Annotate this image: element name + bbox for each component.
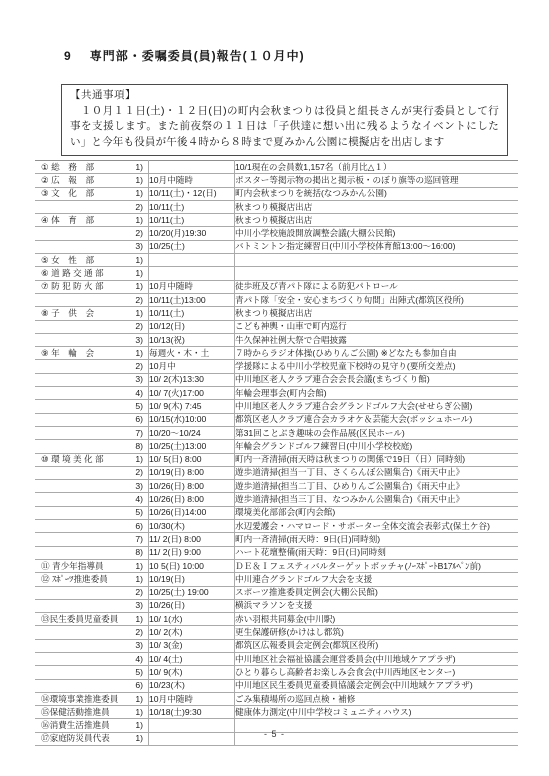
- dept-cell: 3): [35, 240, 149, 253]
- dept-label: ③ 文 化 部: [41, 188, 94, 199]
- activity-cell: 中川地区老人クラブ連合会会長会議(まちづくり館): [235, 373, 519, 386]
- dept-cell: 8): [35, 546, 149, 559]
- activity-cell: [235, 254, 519, 267]
- item-number: 2): [135, 587, 143, 598]
- table-row: 4) 10/26(日) 8:00 遊歩道清掃(担当三丁目、なつみかん公園集合)《…: [35, 493, 518, 506]
- item-number: 5): [135, 401, 143, 412]
- item-number: 6): [135, 680, 143, 691]
- item-number: 1): [135, 707, 143, 718]
- activity-cell: ７時からラジオ体操(ひめりんご公園) ※どなたも参加自由: [235, 347, 519, 360]
- activity-cell: 年輪会グランドゴルフ練習日(中川小学校校庭): [235, 440, 519, 453]
- item-number: 3): [135, 600, 143, 611]
- report-table: ① 総 務 部 1) 10/1現在の会員数1,157名（前月比△１） ② 広 報…: [35, 160, 518, 746]
- section-title: 専門部・委嘱委員(員)報告(１０月中): [90, 49, 305, 63]
- item-number: 5): [135, 667, 143, 678]
- dept-label: ⑪ 青少年指導員: [41, 561, 104, 572]
- activity-cell: 年輪会理事会(町内会館): [235, 387, 519, 400]
- table-row: 8) 11/ 2(日) 9:00 ハート花壇整備(雨天時：9日(日)同時刻: [35, 546, 518, 559]
- dept-cell: ⑬民生委員児童委員 1): [35, 613, 149, 626]
- table-row: 8) 10/25(土)13:00 年輪会グランドゴルフ練習日(中川小学校校庭): [35, 440, 518, 453]
- dept-cell: 2): [35, 227, 149, 240]
- table-row: ③ 文 化 部 1) 10/11(土)・12(日) 町内会秋まつりを統括(なつみ…: [35, 187, 518, 200]
- activity-cell: 都筑区広報委員会定例会(都筑区役所): [235, 639, 519, 652]
- dept-label: ⑨ 年 輪 会: [41, 348, 94, 359]
- date-cell: 10月中随時: [149, 280, 235, 293]
- dept-cell: 2): [35, 320, 149, 333]
- dept-label: ⑬民生委員児童委員: [41, 614, 118, 625]
- table-row: ⑮保健活動推進員 1) 10/18(土)9:30 健康体力測定(中川中学校コミュ…: [35, 706, 518, 719]
- date-cell: 10/11(土): [149, 307, 235, 320]
- item-number: 2): [135, 627, 143, 638]
- activity-cell: 水辺愛護会・ハマロード・サポーター全体交流会表彰式(保土ケ谷): [235, 520, 519, 533]
- table-row: 4) 10/ 7(火)17:00 年輪会理事会(町内会館): [35, 387, 518, 400]
- dept-cell: 3): [35, 333, 149, 346]
- activity-cell: こども神輿・山車で町内巡行: [235, 320, 519, 333]
- activity-cell: ポスター等掲示物の掲出と掲示板・のぼり旗等の巡回管理: [235, 174, 519, 187]
- date-cell: 10/18(土)9:30: [149, 706, 235, 719]
- dept-cell: 2): [35, 586, 149, 599]
- item-number: 2): [135, 228, 143, 239]
- activity-cell: 町内一斉清掃(雨天時は秋まつりの関係で19日（日）同時刻): [235, 453, 519, 466]
- table-row: 3) 10/ 2(木)13:30 中川地区老人クラブ連合会会長会議(まちづくり館…: [35, 373, 518, 386]
- dept-label: ① 総 務 部: [41, 162, 94, 173]
- activity-cell: 中川地区民生委員児童委員協議会定例会(中川地域ケアプラザ): [235, 679, 519, 692]
- table-row: 2) 10/25(土) 19:00 スポーツ推進委員定例会(大棚公民館): [35, 586, 518, 599]
- dept-cell: ⑫ ｽﾎﾟｰﾂ推進委員 1): [35, 573, 149, 586]
- dept-cell: 5): [35, 400, 149, 413]
- date-cell: 10/ 9(木) 7:45: [149, 400, 235, 413]
- date-cell: 10/ 9(木): [149, 666, 235, 679]
- activity-cell: 秋まつり模擬店出店: [235, 307, 519, 320]
- section-number: 9: [64, 49, 72, 63]
- activity-cell: 牛久保神社例大祭で合唱披露: [235, 333, 519, 346]
- activity-cell: ごみ集積場所の巡回点検・補修: [235, 692, 519, 705]
- activity-cell: 横浜マラソンを支援: [235, 599, 519, 612]
- date-cell: 10/30(木): [149, 520, 235, 533]
- date-cell: 10/25(土): [149, 240, 235, 253]
- table-row: 7) 11/ 2(日) 8:00 町内一斉清掃(雨天時：9日(日)同時刻): [35, 533, 518, 546]
- table-row: 2) 10/19(日) 8:00 遊歩道清掃(担当一丁目、さくらんぼ公園集合)《…: [35, 466, 518, 479]
- activity-cell: 赤い羽根共同募金(中川駅): [235, 613, 519, 626]
- date-cell: [149, 267, 235, 280]
- item-number: 1): [135, 175, 143, 186]
- dept-cell: ⑩ 環 境 美 化 部 1): [35, 453, 149, 466]
- dept-cell: ⑥ 道 路 交 通 部 1): [35, 267, 149, 280]
- activity-cell: ハート花壇整備(雨天時：9日(日)同時刻: [235, 546, 519, 559]
- item-number: 8): [135, 441, 143, 452]
- dept-label: ⑫ ｽﾎﾟｰﾂ推進委員: [41, 574, 108, 585]
- table-row: ⑬民生委員児童委員 1) 10/ 1(水) 赤い羽根共同募金(中川駅): [35, 613, 518, 626]
- table-row: 3) 10/26(日) 8:00 遊歩道清掃(担当二丁目、ひめりんご公園集合)《…: [35, 480, 518, 493]
- date-cell: [149, 254, 235, 267]
- item-number: 2): [135, 321, 143, 332]
- dept-cell: 7): [35, 533, 149, 546]
- item-number: 1): [135, 614, 143, 625]
- item-number: 4): [135, 654, 143, 665]
- activity-cell: ひとり暮らし高齢者お楽しみ会食会(中川西地区センター): [235, 666, 519, 679]
- table-row: 2) 10/12(日) こども神輿・山車で町内巡行: [35, 320, 518, 333]
- table-row: ⑭環境事業推進委員 1) 10月中随時 ごみ集積場所の巡回点検・補修: [35, 692, 518, 705]
- date-cell: 10/ 1(水): [149, 613, 235, 626]
- common-notes-body: １０月１１日(土)・１２日(日)の町内会秋まつりは役員と組長さんが実行委員として…: [70, 104, 499, 151]
- activity-cell: スポーツ推進委員定例会(大棚公民館): [235, 586, 519, 599]
- item-number: 1): [135, 574, 143, 585]
- item-number: 3): [135, 374, 143, 385]
- dept-label: ⑥ 道 路 交 通 部: [41, 268, 104, 279]
- dept-label: ⑩ 環 境 美 化 部: [41, 454, 104, 465]
- activity-cell: ＤＥ＆Ｉフェスティバルターゲットボッチャ(ﾉｰｽﾎﾟｰﾄB1ｱﾙﾍﾟﾝ前): [235, 559, 519, 572]
- activity-cell: 秋まつり模擬店出店: [235, 200, 519, 213]
- date-cell: 10/26(日)14:00: [149, 506, 235, 519]
- dept-cell: 2): [35, 200, 149, 213]
- item-number: 5): [135, 507, 143, 518]
- dept-label: ⑭環境事業推進委員: [41, 694, 118, 705]
- dept-cell: 7): [35, 426, 149, 439]
- date-cell: 10/26(日) 8:00: [149, 493, 235, 506]
- date-cell: 10/23(木): [149, 679, 235, 692]
- table-row: 3) 10/13(祝) 牛久保神社例大祭で合唱披露: [35, 333, 518, 346]
- activity-cell: バトミントン指定練習日(中川小学校体育館13:00～16:00): [235, 240, 519, 253]
- table-row: ① 総 務 部 1) 10/1現在の会員数1,157名（前月比△１）: [35, 161, 518, 174]
- table-row: 6) 10/23(木) 中川地区民生委員児童委員協議会定例会(中川地域ケアプラザ…: [35, 679, 518, 692]
- dept-cell: 2): [35, 466, 149, 479]
- table-row: ⑩ 環 境 美 化 部 1) 10/ 5(日) 8:00 町内一斉清掃(雨天時は…: [35, 453, 518, 466]
- table-row: 3) 10/ 3(金) 都筑区広報委員会定例会(都筑区役所): [35, 639, 518, 652]
- dept-label: ⑤ 女 性 部: [41, 255, 94, 266]
- table-row: ⑫ ｽﾎﾟｰﾂ推進委員 1) 10/19(日) 中川連合グランドゴルフ大会を支援: [35, 573, 518, 586]
- item-number: 2): [135, 295, 143, 306]
- date-cell: 10/11(土)・12(日): [149, 187, 235, 200]
- item-number: 1): [135, 454, 143, 465]
- item-number: 1): [135, 268, 143, 279]
- activity-cell: 町内一斉清掃(雨天時：9日(日)同時刻): [235, 533, 519, 546]
- dept-cell: 4): [35, 387, 149, 400]
- dept-cell: 8): [35, 440, 149, 453]
- table-row: 4) 10/ 4(土) 中川地区社会福祉協議会運営委員会(中川地域ケアプラザ): [35, 652, 518, 665]
- item-number: 1): [135, 215, 143, 226]
- dept-cell: 6): [35, 679, 149, 692]
- activity-cell: 青パト隊「安全・安心まちづくり旬間」出陣式(都筑区役所): [235, 293, 519, 306]
- table-row: ② 広 報 部 1) 10月中随時 ポスター等掲示物の掲出と掲示板・のぼり旗等の…: [35, 174, 518, 187]
- dept-cell: 4): [35, 493, 149, 506]
- dept-cell: 2): [35, 626, 149, 639]
- activity-cell: 中川小学校施設開放調整会議(大棚公民館): [235, 227, 519, 240]
- activity-cell: 遊歩道清掃(担当一丁目、さくらんぼ公園集合)《雨天中止》: [235, 466, 519, 479]
- activity-cell: 徒歩班及び青パト隊による防犯パトロール: [235, 280, 519, 293]
- dept-cell: 3): [35, 480, 149, 493]
- table-row: ⑥ 道 路 交 通 部 1): [35, 267, 518, 280]
- dept-cell: ⑤ 女 性 部 1): [35, 254, 149, 267]
- table-row: ⑦ 防 犯 防 火 部 1) 10月中随時 徒歩班及び青パト隊による防犯パトロー…: [35, 280, 518, 293]
- date-cell: 10月中: [149, 360, 235, 373]
- common-notes-title: 【共通事項】: [70, 88, 499, 104]
- report-table-body: ① 総 務 部 1) 10/1現在の会員数1,157名（前月比△１） ② 広 報…: [35, 161, 518, 746]
- item-number: 3): [135, 335, 143, 346]
- activity-cell: 中川地区老人クラブ連合会グランドゴルフ大会(せせらぎ公園): [235, 400, 519, 413]
- item-number: 1): [135, 694, 143, 705]
- dept-cell: 3): [35, 639, 149, 652]
- item-number: 2): [135, 361, 143, 372]
- dept-label: ④ 体 育 部: [41, 215, 94, 226]
- item-number: 1): [135, 255, 143, 266]
- dept-cell: 5): [35, 666, 149, 679]
- date-cell: 10/ 4(土): [149, 652, 235, 665]
- item-number: 6): [135, 521, 143, 532]
- common-notes-box: 【共通事項】 １０月１１日(土)・１２日(日)の町内会秋まつりは役員と組長さんが…: [61, 84, 508, 156]
- date-cell: 10/19(日): [149, 573, 235, 586]
- item-number: 3): [135, 241, 143, 252]
- date-cell: 10月中随時: [149, 174, 235, 187]
- item-number: 1): [135, 308, 143, 319]
- item-number: 3): [135, 481, 143, 492]
- table-row: ⑪ 青少年指導員 1) 10 5(日) 10:00 ＤＥ＆Ｉフェスティバルターゲ…: [35, 559, 518, 572]
- activity-cell: 遊歩道清掃(担当三丁目、なつみかん公園集合)《雨天中止》: [235, 493, 519, 506]
- activity-cell: 都筑区老人クラブ連合会カラオケ＆芸能大会(ボッシュホール): [235, 413, 519, 426]
- item-number: 4): [135, 494, 143, 505]
- table-row: 3) 10/25(土) バトミントン指定練習日(中川小学校体育館13:00～16…: [35, 240, 518, 253]
- item-number: 2): [135, 202, 143, 213]
- item-number: 3): [135, 640, 143, 651]
- dept-label: ⑮保健活動推進員: [41, 707, 110, 718]
- activity-cell: 中川連合グランドゴルフ大会を支援: [235, 573, 519, 586]
- date-cell: 10/11(土)13:00: [149, 293, 235, 306]
- item-number: 1): [135, 162, 143, 173]
- activity-cell: [235, 267, 519, 280]
- table-row: 2) 10月中 学援隊による中川小学校児童下校時の見守り(要所交差点): [35, 360, 518, 373]
- activity-cell: 10/1現在の会員数1,157名（前月比△１）: [235, 161, 519, 174]
- dept-cell: 6): [35, 413, 149, 426]
- activity-cell: 第31回ことぶき趣味の会作品展(区民ホール): [235, 426, 519, 439]
- dept-cell: ⑧ 子 供 会 1): [35, 307, 149, 320]
- activity-cell: 学援隊による中川小学校児童下校時の見守り(要所交差点): [235, 360, 519, 373]
- activity-cell: 更生保護研修(かけはし都筑): [235, 626, 519, 639]
- date-cell: 10/26(日) 8:00: [149, 480, 235, 493]
- date-cell: 10/25(土)13:00: [149, 440, 235, 453]
- dept-cell: ⑭環境事業推進委員 1): [35, 692, 149, 705]
- table-row: ⑧ 子 供 会 1) 10/11(土) 秋まつり模擬店出店: [35, 307, 518, 320]
- dept-cell: 2): [35, 360, 149, 373]
- dept-cell: 3): [35, 373, 149, 386]
- dept-cell: ⑮保健活動推進員 1): [35, 706, 149, 719]
- date-cell: 10/20(月)19:30: [149, 227, 235, 240]
- date-cell: 毎週火・木・土: [149, 347, 235, 360]
- table-row: 6) 10/30(木) 水辺愛護会・ハマロード・サポーター全体交流会表彰式(保土…: [35, 520, 518, 533]
- dept-cell: 4): [35, 652, 149, 665]
- dept-cell: 2): [35, 293, 149, 306]
- item-number: 7): [135, 428, 143, 439]
- dept-cell: ① 総 務 部 1): [35, 161, 149, 174]
- dept-cell: ④ 体 育 部 1): [35, 214, 149, 227]
- table-row: 5) 10/ 9(木) ひとり暮らし高齢者お楽しみ会食会(中川西地区センター): [35, 666, 518, 679]
- date-cell: 10/ 7(火)17:00: [149, 387, 235, 400]
- table-row: 2) 10/11(土)13:00 青パト隊「安全・安心まちづくり旬間」出陣式(都…: [35, 293, 518, 306]
- table-row: ⑨ 年 輪 会 1) 毎週火・木・土 ７時からラジオ体操(ひめりんご公園) ※ど…: [35, 347, 518, 360]
- dept-label: ⑦ 防 犯 防 火 部: [41, 281, 104, 292]
- table-row: ④ 体 育 部 1) 10/11(土) 秋まつり模擬店出店: [35, 214, 518, 227]
- dept-cell: 5): [35, 506, 149, 519]
- item-number: 1): [135, 281, 143, 292]
- table-row: ⑤ 女 性 部 1): [35, 254, 518, 267]
- dept-cell: ⑪ 青少年指導員 1): [35, 559, 149, 572]
- date-cell: 10/20～10/24: [149, 426, 235, 439]
- table-row: 2) 10/11(土) 秋まつり模擬店出店: [35, 200, 518, 213]
- item-number: 7): [135, 534, 143, 545]
- date-cell: 10 5(日) 10:00: [149, 559, 235, 572]
- document-page: 9専門部・委嘱委員(員)報告(１０月中) 【共通事項】 １０月１１日(土)・１２…: [0, 0, 549, 776]
- dept-cell: ② 広 報 部 1): [35, 174, 149, 187]
- date-cell: [149, 161, 235, 174]
- date-cell: 10/15(水)10:00: [149, 413, 235, 426]
- dept-label: ② 広 報 部: [41, 175, 94, 186]
- activity-cell: 環境美化部部会(町内会館): [235, 506, 519, 519]
- page-title: 9専門部・委嘱委員(員)報告(１０月中): [64, 47, 305, 64]
- page-number: - 5 -: [0, 729, 549, 739]
- table-row: 6) 10/15(水)10:00 都筑区老人クラブ連合会カラオケ＆芸能大会(ボッ…: [35, 413, 518, 426]
- date-cell: 11/ 2(日) 8:00: [149, 533, 235, 546]
- table-row: 2) 10/ 2(木) 更生保護研修(かけはし都筑): [35, 626, 518, 639]
- date-cell: 10/25(土) 19:00: [149, 586, 235, 599]
- date-cell: 10/11(土): [149, 200, 235, 213]
- date-cell: 10/19(日) 8:00: [149, 466, 235, 479]
- activity-cell: 中川地区社会福祉協議会運営委員会(中川地域ケアプラザ): [235, 652, 519, 665]
- date-cell: 11/ 2(日) 9:00: [149, 546, 235, 559]
- dept-cell: 3): [35, 599, 149, 612]
- table-row: 5) 10/26(日)14:00 環境美化部部会(町内会館): [35, 506, 518, 519]
- item-number: 1): [135, 348, 143, 359]
- item-number: 2): [135, 467, 143, 478]
- dept-cell: ③ 文 化 部 1): [35, 187, 149, 200]
- date-cell: 10/ 3(金): [149, 639, 235, 652]
- activity-cell: 町内会秋まつりを統括(なつみかん公園): [235, 187, 519, 200]
- dept-cell: ⑨ 年 輪 会 1): [35, 347, 149, 360]
- table-row: 3) 10/26(日) 横浜マラソンを支援: [35, 599, 518, 612]
- dept-cell: ⑦ 防 犯 防 火 部 1): [35, 280, 149, 293]
- activity-cell: 秋まつり模擬店出店: [235, 214, 519, 227]
- dept-cell: 6): [35, 520, 149, 533]
- table-row: 7) 10/20～10/24 第31回ことぶき趣味の会作品展(区民ホール): [35, 426, 518, 439]
- item-number: 8): [135, 547, 143, 558]
- date-cell: 10/ 5(日) 8:00: [149, 453, 235, 466]
- item-number: 6): [135, 414, 143, 425]
- date-cell: 10/ 2(木)13:30: [149, 373, 235, 386]
- date-cell: 10/12(日): [149, 320, 235, 333]
- activity-cell: 健康体力測定(中川中学校コミュニティハウス): [235, 706, 519, 719]
- date-cell: 10/ 2(木): [149, 626, 235, 639]
- date-cell: 10/26(日): [149, 599, 235, 612]
- date-cell: 10/11(土): [149, 214, 235, 227]
- date-cell: 10月中随時: [149, 692, 235, 705]
- item-number: 4): [135, 388, 143, 399]
- activity-cell: 遊歩道清掃(担当二丁目、ひめりんご公園集合)《雨天中止》: [235, 480, 519, 493]
- table-row: 2) 10/20(月)19:30 中川小学校施設開放調整会議(大棚公民館): [35, 227, 518, 240]
- dept-label: ⑧ 子 供 会: [41, 308, 94, 319]
- date-cell: 10/13(祝): [149, 333, 235, 346]
- item-number: 1): [135, 561, 143, 572]
- item-number: 1): [135, 188, 143, 199]
- table-row: 5) 10/ 9(木) 7:45 中川地区老人クラブ連合会グランドゴルフ大会(せ…: [35, 400, 518, 413]
